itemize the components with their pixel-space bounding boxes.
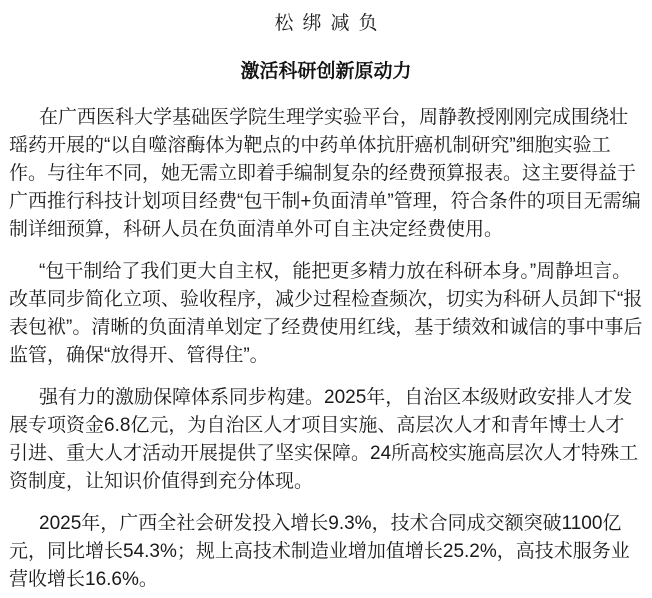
article-paragraph: 强有力的激励保障体系同步构建。2025年，自治区本级财政安排人才发展专项资金6.… bbox=[9, 384, 643, 496]
article-page: 松绑减负 激活科研创新原动力 在广西医科大学基础医学院生理学实验平台，周静教授刚… bbox=[0, 0, 652, 598]
article-body: 在广西医科大学基础医学院生理学实验平台，周静教授刚刚完成围绕壮瑶药开展的“以自噬… bbox=[9, 104, 643, 594]
article-paragraph: “包干制给了我们更大自主权，能把更多精力放在科研本身。”周静坦言。改革同步简化立… bbox=[9, 258, 643, 370]
article-title: 激活科研创新原动力 bbox=[9, 60, 643, 84]
article-paragraph: 在广西医科大学基础医学院生理学实验平台，周静教授刚刚完成围绕壮瑶药开展的“以自噬… bbox=[9, 104, 643, 244]
article-paragraph: 2025年，广西全社会研发投入增长9.3%，技术合同成交额突破1100亿元，同比… bbox=[9, 510, 643, 594]
column-kicker: 松绑减负 bbox=[9, 14, 643, 34]
